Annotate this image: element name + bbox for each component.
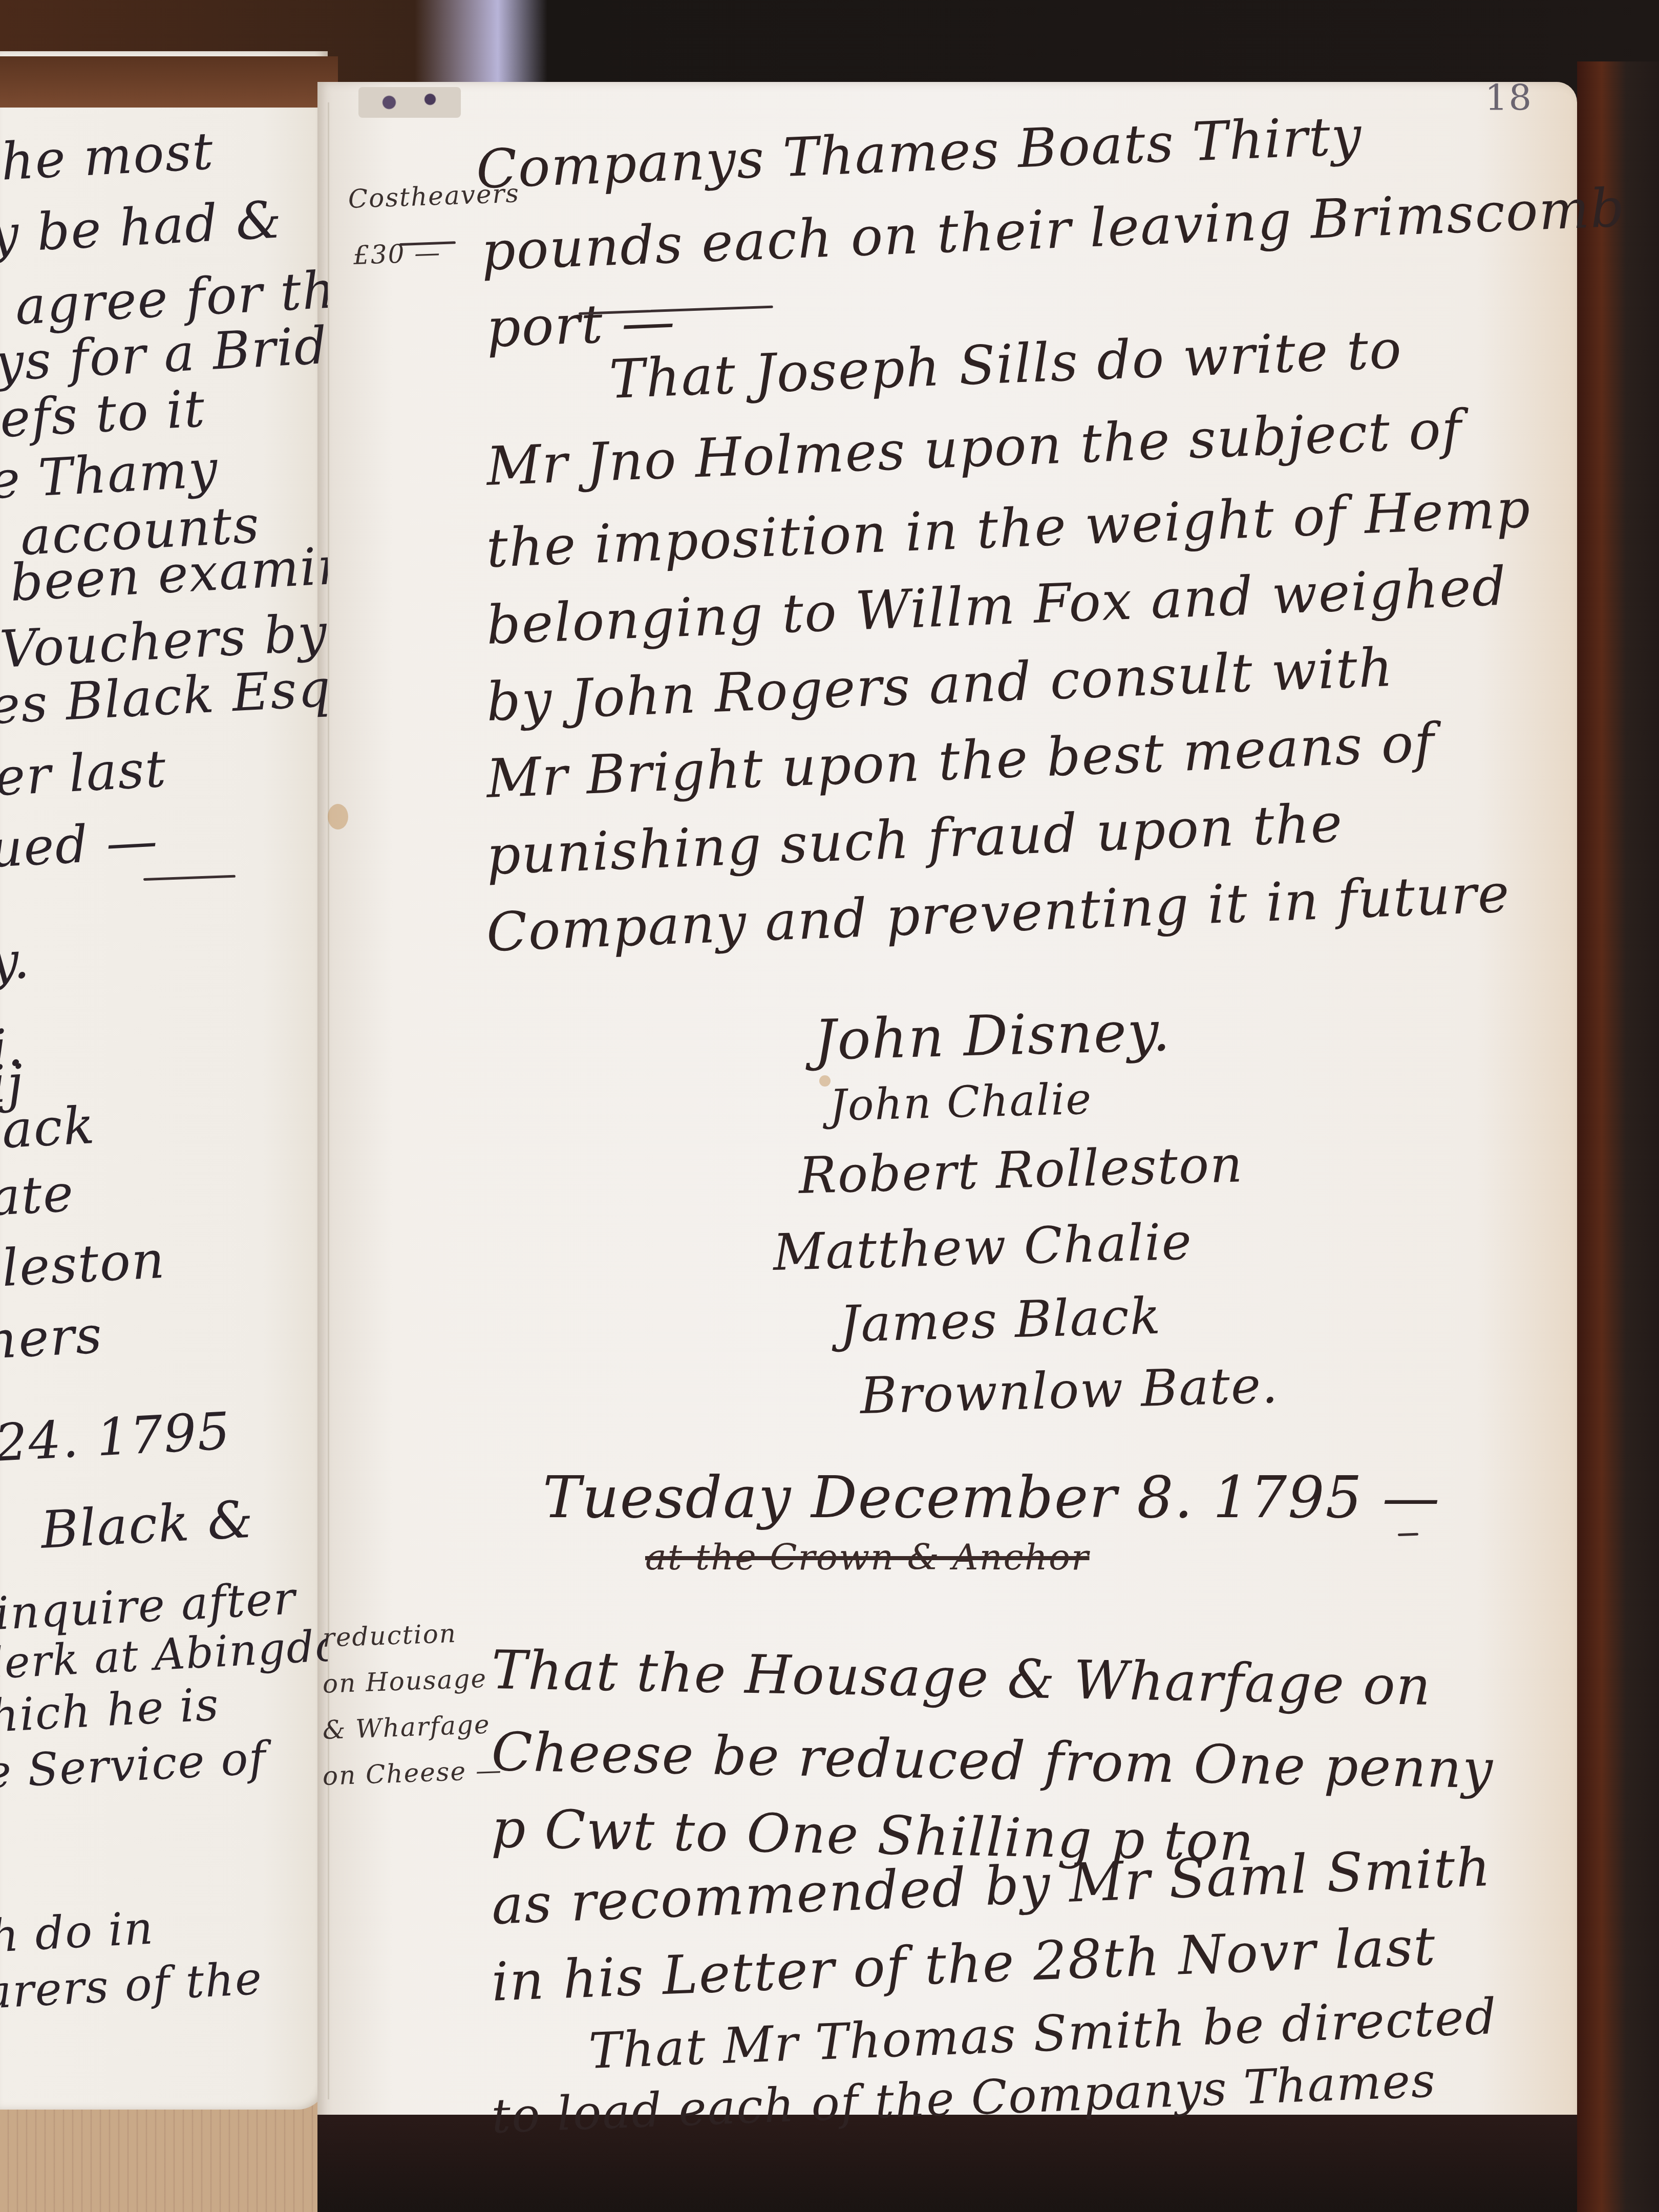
text-fragment: e Service of [0,1731,268,1799]
signature: John Chalie [829,1074,1093,1131]
text-fragment: h do in [0,1901,155,1963]
text-fragment: the most [0,121,216,193]
text-fragment: er last [0,739,168,807]
text-fragment: hers [0,1305,104,1371]
text-fragment: lleston [0,1230,167,1299]
signature: Robert Rolleston [798,1135,1244,1205]
text-fragment: arers of the [0,1952,264,2019]
margin-note-line: on Cheese — [322,1755,503,1791]
text-fragment: y. [0,930,32,992]
left-page-text: the most y be had & agree for the ys for… [0,0,328,2212]
foxing-stain [328,804,348,829]
book-gutter [328,102,329,2099]
text-fragment: Black & [39,1489,256,1560]
text-fragment: lack [0,1095,97,1161]
signature: Brownlow Bate. [860,1356,1280,1426]
text-fragment: efs to it [0,378,207,449]
margin-note-line: reduction [322,1619,457,1653]
marbled-endpaper [358,87,461,118]
text-fragment: 24. 1795 [0,1401,232,1473]
signature: John Disney. [813,999,1172,1073]
meeting-date: Tuesday December 8. 1795 — [543,1464,1440,1531]
page-number: 18 [1485,77,1533,119]
signature: Matthew Chalie [773,1213,1194,1282]
struck-location: at the Crown & Anchor [645,1536,1090,1578]
text-fragment: ate [0,1163,76,1227]
margin-note-line: on Housage [322,1664,487,1699]
text-fragment: ued — [0,811,160,879]
book-cover-edge [1577,61,1659,2212]
signature: James Black [839,1287,1162,1354]
text-fragment: y be had & [0,189,284,265]
text-fragment: hich he is [0,1678,221,1742]
margin-note-line: & Wharfage [322,1710,491,1745]
